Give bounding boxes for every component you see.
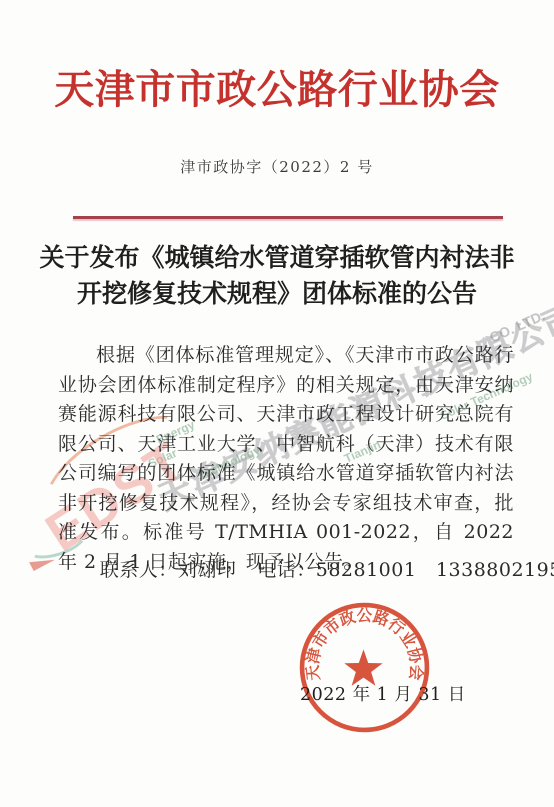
announcement-heading: 关于发布《城镇给水管道穿插软管内衬法非开挖修复技术规程》团体标准的公告 <box>38 240 516 312</box>
contact-label: 联系人： <box>100 559 178 581</box>
org-title: 天津市市政公路行业协会 <box>0 58 554 115</box>
issue-date: 2022 年 1 月 31 日 <box>300 681 466 706</box>
contact-line: 联系人：刘翃印电话：58281001 13388021956 <box>58 555 514 582</box>
company-watermark-en: CO. LTD. <box>487 307 547 346</box>
body-paragraph: 根据《团体标准管理规定》、《天津市市政公路行业协会团体标准制定程序》的相关规定，… <box>58 341 514 577</box>
heading-line-2: 开挖修复技术规程》团体标准的公告 <box>77 279 477 308</box>
doc-number: 津市政协字（2022）2 号 <box>0 156 554 177</box>
heading-line-1: 关于发布《城镇给水管道穿插软管内衬法非 <box>39 243 514 272</box>
official-seal-icon: 天津市市政公路行业协会 <box>294 597 435 738</box>
phone-label: 电话： <box>257 559 316 581</box>
phone-numbers: 58281001 13388021956 <box>316 559 554 581</box>
red-divider-rule <box>73 216 503 219</box>
contact-name: 刘翃印 <box>178 559 237 581</box>
announcement-document: 天津安纳赛能源科技有限公司 CO. LTD. Tianjin Solar Tec… <box>0 0 554 807</box>
seal-and-date-block: 2022 年 1 月 31 日 天津市市政公路行业协会 <box>294 597 435 738</box>
